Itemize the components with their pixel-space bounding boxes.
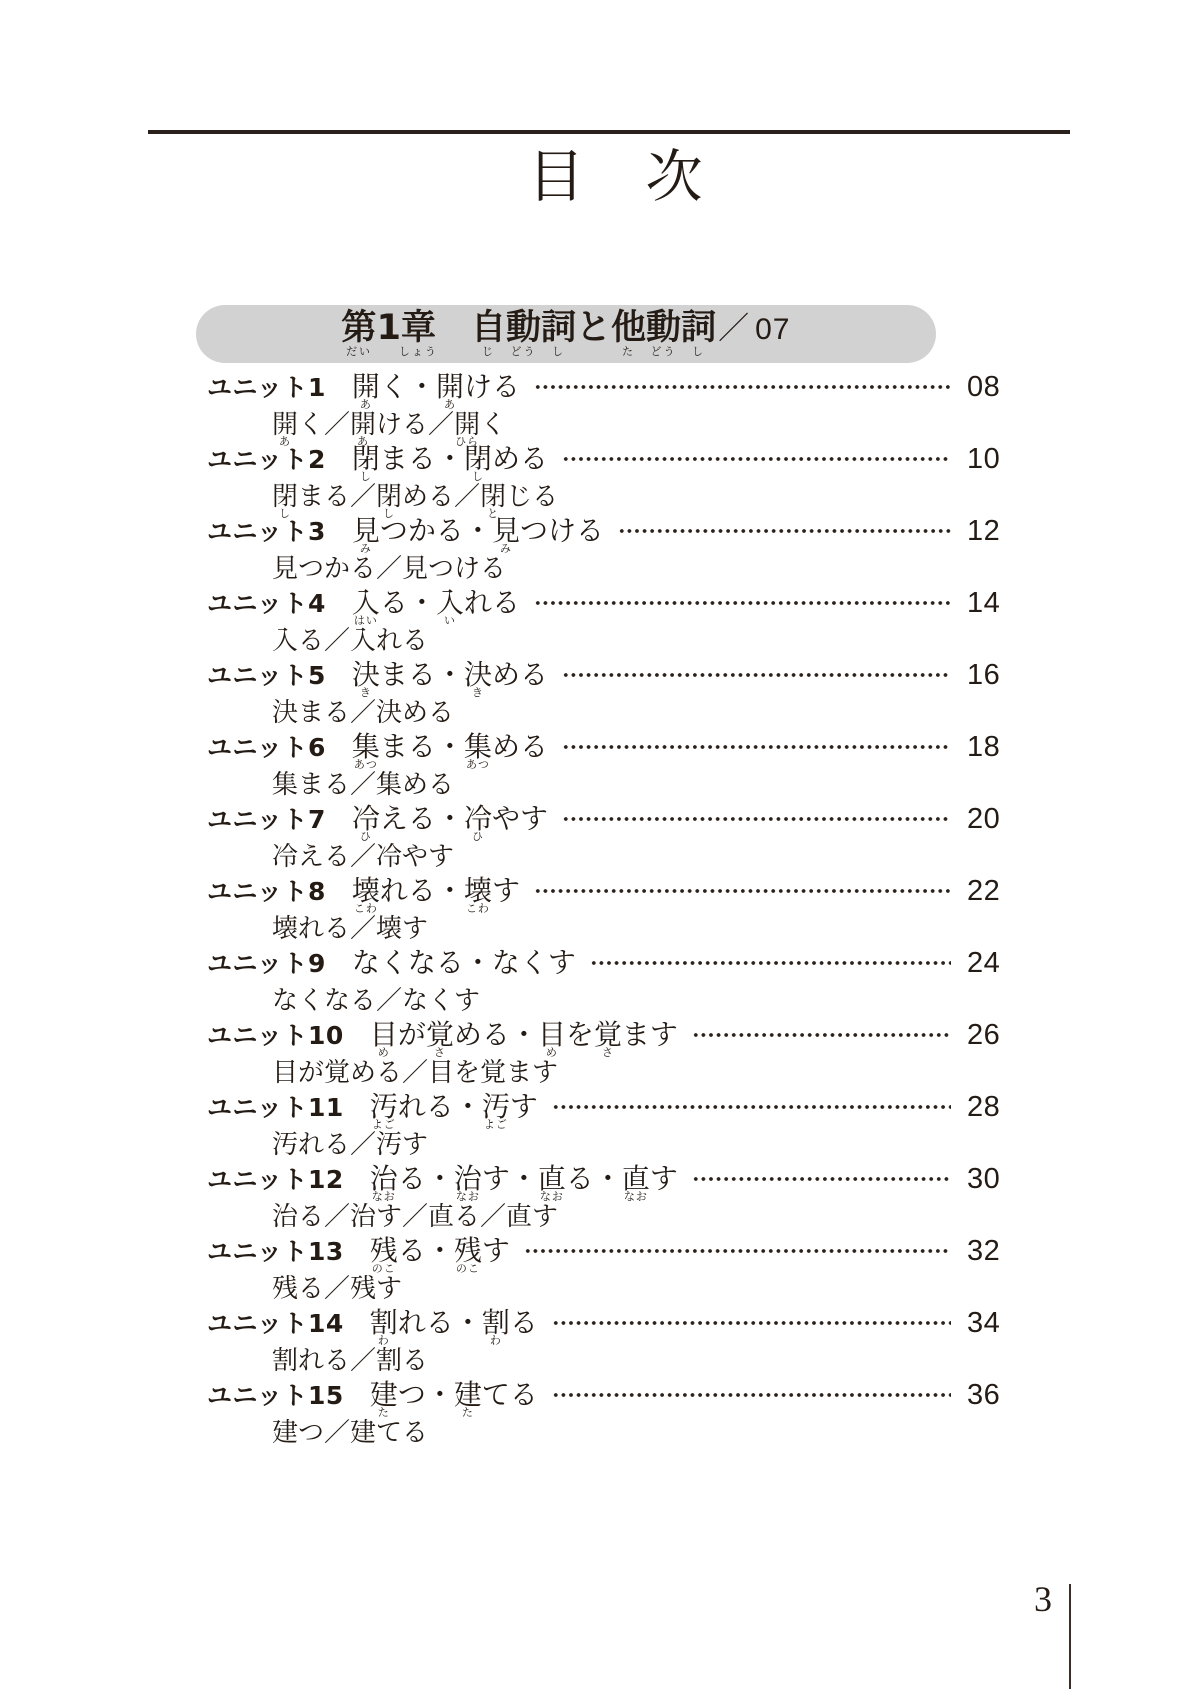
text-with-furigana: 第だい [342, 309, 377, 347]
furigana: み [500, 543, 512, 554]
toc-entry: ユニット14 割われる・割わる 34 割れる／割る [207, 1308, 1004, 1375]
unit-subtitle: 残る／残す [272, 1275, 1004, 1303]
text-run: める [492, 732, 548, 762]
unit-subtitle: 開あく／開あける／開ひらく [272, 411, 1004, 439]
text-with-furigana: 治なお [370, 1164, 398, 1194]
text-with-furigana: 冷ひ [464, 804, 492, 834]
text-with-furigana: 目め [370, 1020, 398, 1050]
text-run: 集まる／集める [272, 771, 454, 799]
text-run: す [492, 876, 520, 906]
unit-label: ユニット2 [207, 445, 326, 475]
furigana: し [360, 471, 372, 482]
furigana: あ [279, 436, 291, 447]
dot-leader [692, 1020, 951, 1050]
text-with-furigana: 割わ [370, 1308, 398, 1338]
furigana: あ [360, 399, 372, 410]
text-run: つける [520, 516, 604, 546]
unit-label: ユニット11 [207, 1093, 344, 1123]
unit-page-number: 10 [967, 444, 1004, 474]
text-run: 1 [377, 309, 401, 347]
unit-label: ユニット14 [207, 1309, 344, 1339]
toc-entry-main-row: ユニット15 建たつ・建たてる 36 [207, 1380, 1004, 1410]
text-run: る・ [380, 588, 436, 618]
text-run: す [482, 1236, 510, 1266]
furigana: め [378, 1047, 390, 1058]
toc-entry: ユニット5 決きまる・決きめる 16 決まる／決める [207, 660, 1004, 727]
furigana: じ [482, 346, 495, 357]
text-with-furigana: 汚よご [482, 1092, 510, 1122]
unit-subtitle: 冷える／冷やす [272, 843, 1004, 871]
unit-subtitle: 治る／治す／直る／直す [272, 1203, 1004, 1231]
unit-page-number: 30 [967, 1164, 1004, 1194]
furigana: し [552, 346, 565, 357]
furigana: た [462, 1407, 474, 1418]
toc-entry: ユニット3 見みつかる・見みつける 12 見つかる／見つける [207, 516, 1004, 583]
furigana: き [472, 687, 484, 698]
text-with-furigana: 閉し [272, 483, 298, 511]
toc-entry-main-row: ユニット14 割われる・割わる 34 [207, 1308, 1004, 1338]
dot-leader [552, 1308, 951, 1338]
dot-leader [562, 804, 951, 834]
furigana: あつ [466, 759, 490, 770]
furigana: どう [651, 346, 677, 357]
toc-entry: ユニット1 開あく・開あける 08 開あく／開あける／開ひらく [207, 372, 1004, 439]
text-run: 汚れる／汚す [272, 1131, 428, 1159]
text-run: 冷える／冷やす [272, 843, 454, 871]
text-with-furigana: 建た [454, 1380, 482, 1410]
text-with-furigana: 集あつ [352, 732, 380, 762]
toc-entry: ユニット2 閉しまる・閉しめる 10 閉しまる／閉しめる／閉とじる [207, 444, 1004, 511]
furigana: だい [346, 346, 372, 357]
unit-page-number: 24 [967, 948, 1004, 978]
unit-page-number: 26 [967, 1020, 1004, 1050]
text-run: く [480, 411, 506, 439]
furigana: わ [490, 1335, 502, 1346]
unit-label: ユニット13 [207, 1237, 344, 1267]
chapter-page-number: 07 [755, 311, 790, 349]
chapter-header: 第だい1章しょう 自じ動どう詞しと他た動どう詞し ／ 07 [196, 305, 936, 363]
toc-entry: ユニット9 なくなる・なくす 24 なくなる／なくす [207, 948, 1004, 1015]
dot-leader [552, 1380, 951, 1410]
text-with-furigana: 決き [464, 660, 492, 690]
text-run: える・ [380, 804, 464, 834]
toc-entry-main-row: ユニット12 治なおる・治なおす・直なおる・直なおす 30 [207, 1164, 1004, 1194]
unit-subtitle: 汚れる／汚す [272, 1131, 1004, 1159]
unit-title: 入はいる・入いれる [352, 588, 520, 618]
furigana: い [444, 615, 456, 626]
toc-entry: ユニット6 集あつまる・集あつめる 18 集まる／集める [207, 732, 1004, 799]
text-run: 治る／治す／直る／直す [272, 1203, 558, 1231]
text-run: 目が覚める／目を覚ます [272, 1059, 558, 1087]
unit-subtitle: 建つ／建てる [272, 1419, 1004, 1447]
toc-entry-main-row: ユニット10 目めが覚さめる・目めを覚さます 26 [207, 1020, 1004, 1050]
furigana: し [279, 508, 291, 519]
furigana: し [472, 471, 484, 482]
unit-list: ユニット1 開あく・開あける 08 開あく／開あける／開ひらく ユニット2 閉し… [207, 372, 1004, 1452]
text-run: 残る／残す [272, 1275, 402, 1303]
text-with-furigana: 閉と [480, 483, 506, 511]
text-run: める [492, 660, 548, 690]
text-with-furigana: 残のこ [454, 1236, 482, 1266]
text-with-furigana: 開あ [272, 411, 298, 439]
text-with-furigana: 見み [492, 516, 520, 546]
text-run: れる・ [380, 876, 464, 906]
text-with-furigana: 閉し [376, 483, 402, 511]
text-with-furigana: 決き [352, 660, 380, 690]
text-with-furigana: 汚よご [370, 1092, 398, 1122]
text-with-furigana: 壊こわ [464, 876, 492, 906]
text-with-furigana: 動どう [506, 309, 541, 347]
dot-leader [562, 732, 951, 762]
text-with-furigana: 覚さ [426, 1020, 454, 1050]
text-run: く・ [380, 372, 436, 402]
text-run: つかる・ [380, 516, 492, 546]
unit-title: 見みつかる・見みつける [352, 516, 604, 546]
dot-leader [534, 876, 951, 906]
furigana: ひ [360, 831, 372, 842]
dot-leader [562, 660, 951, 690]
text-run: まる・ [380, 444, 464, 474]
text-run: つ・ [398, 1380, 454, 1410]
dot-leader [692, 1164, 951, 1194]
toc-entry-main-row: ユニット5 決きまる・決きめる 16 [207, 660, 1004, 690]
text-run [436, 309, 471, 347]
text-with-furigana: 冷ひ [352, 804, 380, 834]
furigana: き [360, 687, 372, 698]
text-with-furigana: 目め [538, 1020, 566, 1050]
unit-page-number: 14 [967, 588, 1004, 618]
unit-title: 壊こわれる・壊こわす [352, 876, 520, 906]
furigana: なお [624, 1191, 648, 1202]
text-with-furigana: 開あ [352, 372, 380, 402]
unit-title: 残のこる・残のこす [370, 1236, 510, 1266]
toc-entry: ユニット12 治なおる・治なおす・直なおる・直なおす 30 治る／治す／直る／直… [207, 1164, 1004, 1231]
text-run: じる [506, 483, 558, 511]
text-run: なくなる／なくす [272, 987, 480, 1015]
unit-label: ユニット12 [207, 1165, 344, 1195]
toc-entry: ユニット7 冷ひえる・冷ひやす 20 冷える／冷やす [207, 804, 1004, 871]
unit-title: 開あく・開あける [352, 372, 520, 402]
text-run: 入る／入れる [272, 627, 428, 655]
unit-page-number: 20 [967, 804, 1004, 834]
text-with-furigana: 入はい [352, 588, 380, 618]
text-run: なくなる・なくす [352, 948, 576, 978]
unit-page-number: 16 [967, 660, 1004, 690]
furigana: こわ [354, 903, 378, 914]
text-with-furigana: 治なお [454, 1164, 482, 1194]
text-with-furigana: 章しょう [401, 309, 436, 347]
text-run: まる・ [380, 732, 464, 762]
furigana: わ [378, 1335, 390, 1346]
unit-title: 決きまる・決きめる [352, 660, 548, 690]
text-run: 壊れる／壊す [272, 915, 428, 943]
text-run: が [398, 1020, 426, 1050]
text-run: める [492, 444, 548, 474]
toc-entry-main-row: ユニット2 閉しまる・閉しめる 10 [207, 444, 1004, 474]
furigana: ひ [472, 831, 484, 842]
text-run: まる／ [298, 483, 376, 511]
furigana: あつ [354, 759, 378, 770]
unit-label: ユニット7 [207, 805, 326, 835]
text-run: す [650, 1164, 678, 1194]
unit-label: ユニット8 [207, 877, 326, 907]
text-run: れる・ [398, 1092, 482, 1122]
text-run: 決まる／決める [272, 699, 454, 727]
text-with-furigana: 集あつ [464, 732, 492, 762]
unit-title: 冷ひえる・冷ひやす [352, 804, 548, 834]
furigana: し [692, 346, 705, 357]
furigana: さ [602, 1047, 614, 1058]
text-with-furigana: 閉し [352, 444, 380, 474]
unit-page-number: 36 [967, 1380, 1004, 1410]
text-with-furigana: 自じ [471, 309, 506, 347]
toc-entry: ユニット11 汚よごれる・汚よごす 28 汚れる／汚す [207, 1092, 1004, 1159]
toc-entry-main-row: ユニット13 残のこる・残のこす 32 [207, 1236, 1004, 1266]
unit-subtitle: なくなる／なくす [272, 987, 1004, 1015]
furigana: どう [510, 346, 536, 357]
furigana: た [378, 1407, 390, 1418]
toc-entry: ユニット4 入はいる・入いれる 14 入る／入れる [207, 588, 1004, 655]
text-with-furigana: 残のこ [370, 1236, 398, 1266]
unit-subtitle: 割れる／割る [272, 1347, 1004, 1375]
text-run: る・ [398, 1164, 454, 1194]
text-with-furigana: 閉し [464, 444, 492, 474]
unit-label: ユニット15 [207, 1381, 344, 1411]
toc-entry-main-row: ユニット4 入はいる・入いれる 14 [207, 588, 1004, 618]
unit-label: ユニット4 [207, 589, 326, 619]
unit-page-number: 28 [967, 1092, 1004, 1122]
text-run: く／ [298, 411, 350, 439]
unit-subtitle: 壊れる／壊す [272, 915, 1004, 943]
toc-entry: ユニット8 壊こわれる・壊こわす 22 壊れる／壊す [207, 876, 1004, 943]
unit-page-number: 22 [967, 876, 1004, 906]
unit-subtitle: 集まる／集める [272, 771, 1004, 799]
furigana: み [360, 543, 372, 554]
text-run: す [510, 1092, 538, 1122]
dot-leader [534, 372, 951, 402]
text-run: ます [622, 1020, 678, 1050]
unit-page-number: 34 [967, 1308, 1004, 1338]
text-with-furigana: 他た [611, 309, 646, 347]
unit-subtitle: 見つかる／見つける [272, 555, 1004, 583]
text-with-furigana: 壊こわ [352, 876, 380, 906]
toc-entry-main-row: ユニット1 開あく・開あける 08 [207, 372, 1004, 402]
toc-entry: ユニット10 目めが覚さめる・目めを覚さます 26 目が覚める／目を覚ます [207, 1020, 1004, 1087]
top-rule [148, 130, 1070, 134]
furigana: た [622, 346, 635, 357]
furigana: よご [484, 1119, 508, 1130]
furigana: よご [372, 1119, 396, 1130]
furigana: なお [456, 1191, 480, 1202]
unit-title: 割われる・割わる [370, 1308, 538, 1338]
unit-subtitle: 決まる／決める [272, 699, 1004, 727]
furigana: のこ [456, 1263, 480, 1274]
furigana: なお [372, 1191, 396, 1202]
text-run: ける／ [376, 411, 454, 439]
text-with-furigana: 直なお [622, 1164, 650, 1194]
text-run: す・ [482, 1164, 538, 1194]
furigana: あ [444, 399, 456, 410]
unit-label: ユニット5 [207, 661, 326, 691]
unit-subtitle: 入る／入れる [272, 627, 1004, 655]
text-run: まる・ [380, 660, 464, 690]
furigana: さ [434, 1047, 446, 1058]
furigana: はい [354, 615, 378, 626]
text-run: る・ [566, 1164, 622, 1194]
unit-page-number: 08 [967, 372, 1004, 402]
text-with-furigana: 動どう [646, 309, 681, 347]
text-with-furigana: 見み [352, 516, 380, 546]
text-with-furigana: 割わ [482, 1308, 510, 1338]
text-with-furigana: 詞し [681, 309, 716, 347]
dot-leader [552, 1092, 951, 1122]
text-with-furigana: 覚さ [594, 1020, 622, 1050]
toc-entry-main-row: ユニット6 集あつまる・集あつめる 18 [207, 732, 1004, 762]
dot-leader [562, 444, 951, 474]
unit-subtitle: 目が覚める／目を覚ます [272, 1059, 1004, 1087]
furigana: め [546, 1047, 558, 1058]
text-with-furigana: 建た [370, 1380, 398, 1410]
text-with-furigana: 開あ [436, 372, 464, 402]
unit-subtitle: 閉しまる／閉しめる／閉とじる [272, 483, 1004, 511]
furigana: こわ [466, 903, 490, 914]
text-run: める／ [402, 483, 480, 511]
text-run: を [566, 1020, 594, 1050]
text-run: れる [464, 588, 520, 618]
chapter-slash: ／ [718, 310, 749, 348]
toc-entry-main-row: ユニット7 冷ひえる・冷ひやす 20 [207, 804, 1004, 834]
furigana: なお [540, 1191, 564, 1202]
text-run: てる [482, 1380, 538, 1410]
toc-entry-main-row: ユニット8 壊こわれる・壊こわす 22 [207, 876, 1004, 906]
dot-leader [618, 516, 951, 546]
text-run: める・ [454, 1020, 538, 1050]
text-run: 割れる／割る [272, 1347, 428, 1375]
text-with-furigana: 入い [436, 588, 464, 618]
text-run: と [576, 309, 611, 347]
unit-title: 目めが覚さめる・目めを覚さます [370, 1020, 678, 1050]
text-run: 建つ／建てる [272, 1419, 428, 1447]
toc-entry-main-row: ユニット11 汚よごれる・汚よごす 28 [207, 1092, 1004, 1122]
unit-label: ユニット3 [207, 517, 326, 547]
toc-entry: ユニット15 建たつ・建たてる 36 建つ／建てる [207, 1380, 1004, 1447]
text-run: れる・ [398, 1308, 482, 1338]
text-run: 見つかる／見つける [272, 555, 506, 583]
unit-title: 汚よごれる・汚よごす [370, 1092, 538, 1122]
text-run: る [510, 1308, 538, 1338]
unit-title: 建たつ・建たてる [370, 1380, 538, 1410]
unit-title: 集あつまる・集あつめる [352, 732, 548, 762]
text-with-furigana: 開あ [350, 411, 376, 439]
text-run: る・ [398, 1236, 454, 1266]
footer-rule [1069, 1584, 1071, 1689]
unit-label: ユニット6 [207, 733, 326, 763]
unit-label: ユニット1 [207, 373, 326, 403]
unit-label: ユニット10 [207, 1021, 344, 1051]
furigana: しょう [399, 346, 438, 357]
toc-entry-main-row: ユニット3 見みつかる・見みつける 12 [207, 516, 1004, 546]
text-run: やす [492, 804, 548, 834]
chapter-title: 第だい1章しょう 自じ動どう詞しと他た動どう詞し [342, 309, 717, 347]
unit-page-number: 18 [967, 732, 1004, 762]
unit-label: ユニット9 [207, 949, 326, 979]
toc-entry: ユニット13 残のこる・残のこす 32 残る／残す [207, 1236, 1004, 1303]
dot-leader [534, 588, 951, 618]
unit-title: 治なおる・治なおす・直なおる・直なおす [370, 1164, 678, 1194]
unit-title: 閉しまる・閉しめる [352, 444, 548, 474]
page-title: 目 次 [16, 146, 1200, 208]
unit-page-number: 32 [967, 1236, 1004, 1266]
dot-leader [524, 1236, 951, 1266]
toc-entry-main-row: ユニット9 なくなる・なくす 24 [207, 948, 1004, 978]
text-with-furigana: 詞し [541, 309, 576, 347]
folio-page-number: 3 [1034, 1581, 1052, 1617]
dot-leader [590, 948, 951, 978]
furigana: のこ [372, 1263, 396, 1274]
text-with-furigana: 直なお [538, 1164, 566, 1194]
unit-title: なくなる・なくす [352, 948, 576, 978]
text-run: ける [464, 372, 520, 402]
unit-page-number: 12 [967, 516, 1004, 546]
text-with-furigana: 開ひら [454, 411, 480, 439]
